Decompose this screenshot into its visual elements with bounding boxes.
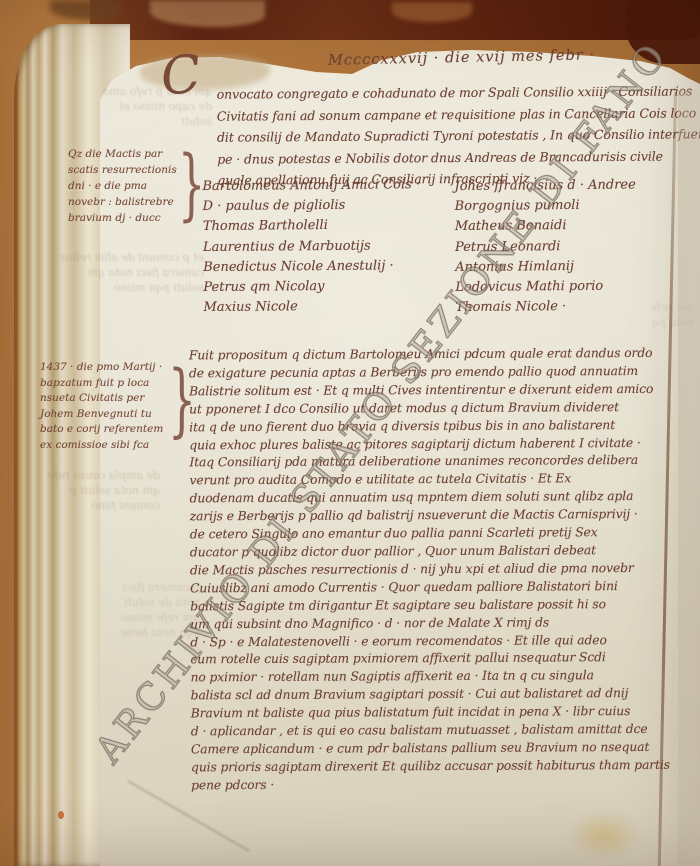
margin-note-line: scatis resurrectionis	[68, 162, 180, 178]
binding-patch	[392, 2, 472, 22]
margin-note-line: Johem Benvegnuti tu	[40, 407, 172, 423]
margin-note-line: bato e corij referentem	[40, 422, 172, 438]
manuscript-line: Balistrie solitum est · Et q multi Cives…	[189, 380, 699, 401]
councillor-list-right: Johes ffrancisius d · Andree Borgognius …	[454, 175, 685, 318]
councillor-name: Johes ffrancisius d · Andree	[454, 175, 684, 197]
manuscript-line: dit consilij de Mandato Supradicti Tyron…	[217, 124, 699, 149]
bleedthrough-text: de ampla causa refe qm nota soluti p com…	[40, 468, 160, 513]
councillor-name: Petrus qm Nicolay	[203, 276, 443, 298]
margin-note-line: nsueta Civitatis per	[40, 391, 172, 407]
councillor-name: Thomais Nicole ·	[455, 296, 685, 318]
manuscript-line: pene pdcors ·	[191, 774, 700, 795]
councillor-name: Thomas Bartholelli	[203, 215, 443, 237]
margin-note-line: ex comissioe sibi fca	[40, 438, 172, 454]
paper-stain	[552, 800, 657, 866]
manuscript-line: quis prioris sagiptam direxerit Et quili…	[191, 757, 700, 778]
councillor-name: Benedictus Nicole Anestulij ·	[203, 256, 443, 278]
margin-note-line: bravium dj · ducc	[68, 210, 180, 226]
margin-note-line: bapzatum fuit p loca	[40, 376, 172, 392]
bleedthrough-text: et p comuni de aliis rebus camera fisci …	[56, 250, 204, 295]
page-edge-right	[678, 90, 700, 866]
councillor-list-left: Bartolomeus Antonij Amici Cois · D · pau…	[202, 175, 443, 319]
manuscript-photo: qm nota p refo ama de capo misso et solu…	[0, 0, 700, 866]
ink-speck	[58, 811, 64, 819]
councillor-name: Petrus Leonardi	[455, 236, 685, 258]
initial-capital-c: C	[158, 48, 203, 104]
margin-note-line: Qz die Mactis par	[68, 146, 180, 162]
manuscript-line: pe · dnus potestas e Nobilis dotor dnus …	[217, 145, 699, 170]
manuscript-line: Itaq Consiliarij pda matura deliberation…	[189, 452, 699, 473]
margin-note-line: dni · e die pma	[68, 178, 180, 194]
binding-smudge	[50, 0, 120, 20]
margin-note-line: novebr : balistrebre	[68, 194, 180, 210]
councillor-name: Maxius Nicole	[203, 296, 443, 318]
councillor-name: Laurentius de Marbuotijs	[203, 236, 443, 258]
councillor-name: Matheus Bonaidi	[455, 215, 685, 237]
margin-note-line: 1437 · die pmo Martij ·	[40, 360, 172, 376]
councillor-name: Bartolomeus Antonij Amici Cois ·	[202, 175, 442, 197]
councillor-name: D · paulus de pigliolis	[203, 195, 443, 217]
manuscript-line: onvocato congregato e cohadunato de mor …	[217, 80, 699, 105]
manuscript-line: zarijs e Berberijs p pallio qd balistrij…	[190, 506, 700, 527]
margin-note-first: Qz die Mactis par scatis resurrectionis …	[68, 146, 180, 226]
councillor-name: Lodovicus Mathi porio	[455, 276, 685, 298]
bleedthrough-text: p camera fisci nota de soluti qm refe mi…	[112, 580, 200, 655]
brace-mark: }	[178, 140, 205, 230]
councillor-name: Antonius Himlanij	[455, 256, 685, 278]
binding-corner-right	[626, 0, 700, 64]
manuscript-line: die Mactis pasches resurrectionis d · ni…	[190, 560, 700, 581]
margin-note-second: 1437 · die pmo Martij · bapzatum fuit p …	[40, 360, 172, 453]
councillor-name: Borgognius pumoli	[455, 195, 685, 217]
main-paragraph: Fuit propositum q dictum Bartolomeu Amic…	[189, 345, 700, 795]
